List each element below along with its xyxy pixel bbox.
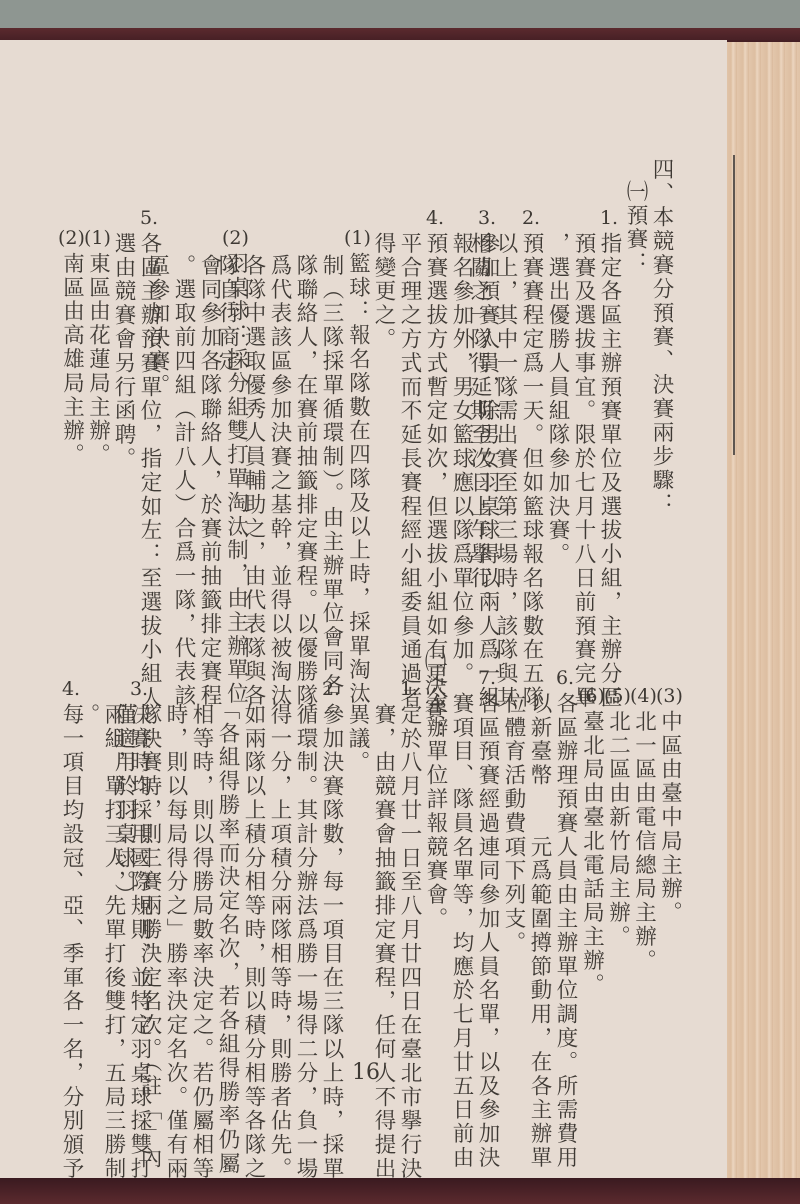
item-number: (2)	[222, 225, 249, 252]
text-column: 得變更之。	[370, 232, 397, 352]
text-column: 6.各區辦理預賽人員由主辦單位調度。所需費用	[552, 665, 579, 1170]
text-column: 兩組，單打三人，先單打後雙打，五局三勝制	[100, 703, 127, 1181]
text-column: 2.參加決賽隊數，每一項目在三隊以上時，採單	[318, 676, 345, 1181]
book-cover-bottom-edge	[0, 1178, 800, 1204]
text-column: 4.預賽選拔方式暫定如次，但選拔小組如有更公	[422, 205, 449, 710]
heading-preliminary: ㈠預賽：	[622, 180, 649, 276]
text-column: 循環制。其計分辦法爲勝一場得二分，負一場	[292, 703, 319, 1181]
text-column: 如兩隊以上積分相等時，則以積分相等各隊之	[240, 703, 267, 1181]
text-column: 相等時，則以得勝局數率決定之。若仍屬相等	[188, 703, 215, 1181]
item-number: 7.	[478, 665, 496, 692]
item-number: 6.	[556, 665, 574, 692]
page-number: 16	[352, 1060, 380, 1085]
item-number: 3.	[478, 205, 496, 232]
text-column: 選由競賽會另行函聘。	[110, 232, 137, 471]
text-column: (1)籃球：報名隊數在四隊及以上時，採單淘汰	[344, 225, 371, 706]
text-column: 1.指定各區主辦預賽單位及選拔小組，主辦分區	[596, 205, 623, 710]
text-column: (4)北一區由電信總局主辦。	[630, 683, 657, 973]
item-number: 4.	[426, 205, 444, 232]
text-column: (2)羽桌球：採分組雙打單淘汰制，由主辦單位	[222, 225, 249, 706]
text-column: 異議。	[344, 703, 371, 775]
item-number: 4.	[62, 676, 80, 703]
text-column: 爲代表該區參加決賽之基幹，並得以被淘汰	[266, 254, 293, 708]
text-column: 賽項目、隊員名單等，均應於七月廿五日前由	[448, 692, 475, 1170]
text-column: (6)臺北局由臺北電話局主辦。	[578, 683, 605, 997]
text-column: 「各組得勝率而決定名次，若各組得勝率仍屬	[214, 698, 241, 1176]
item-number: 2.	[522, 205, 540, 232]
text-column: 以新臺幣 元爲範圍撙節動用，在各主辦單	[526, 692, 553, 1170]
text-column: (1)東區由花蓮局主辦。	[84, 225, 111, 467]
text-column: 位體育活動費項下列支。	[500, 692, 527, 955]
text-column: 報名參加外，男女籃球應以隊爲單位參加。	[448, 232, 475, 686]
text-column: 時，則以每局得分之」勝率決定名次。僅有兩	[162, 703, 189, 1181]
item-number: 5.	[140, 205, 158, 232]
text-column: 平合理之方式而不延長賽程經小組委員通過者	[396, 232, 423, 710]
text-column: 1.定於八月廿一日至八月廿四日在臺北市擧行決	[396, 676, 423, 1181]
text-column: 會同參加各隊聯絡人，於賽前抽籤排定賽程	[196, 254, 223, 708]
text-column: 4.每一項目均設冠、亞、季軍各一名，分別頒予	[58, 676, 85, 1181]
text-column: 5.各區主辦預賽單位，指定如左：至選拔小組人	[136, 205, 163, 710]
text-column: 3.決賽時均採用國際規則，並特定羽桌球採雙打	[126, 676, 153, 1181]
item-number: 3.	[130, 676, 148, 703]
heading-finals: ㈡決賽：	[420, 650, 447, 746]
page-edge-shadow	[733, 155, 735, 455]
text-column: 賽，由競賽會抽籤排定賽程，任何人不得提出	[370, 703, 397, 1181]
text-column: 2.預賽賽程定爲一天。但如籃球報名隊數在五隊	[518, 205, 545, 710]
text-column: (2)南區由高雄局主辦。	[58, 225, 85, 467]
text-column: 預賽及選拔事宜。限於七月十八日前預賽完畢	[570, 232, 597, 710]
text-column: 隊聯絡人，在賽前抽籤排定賽程。以優勝隊	[292, 254, 319, 708]
text-column: 得一分，上項積分兩隊相等時，則勝者佔先。	[266, 703, 293, 1181]
text-column: (5)北二區由新竹局主辦。	[604, 683, 631, 949]
text-column: 3.參加預賽人員，除男女羽桌球得以兩人爲一組	[474, 205, 501, 710]
item-number: 1.	[600, 205, 618, 232]
item-number: 2.	[322, 676, 340, 703]
item-number: 1.	[400, 676, 418, 703]
section-title: 四、本競賽分預賽、決賽兩步驟：	[648, 158, 675, 517]
text-column: ，選出優勝人員組隊參加決賽。	[544, 232, 571, 567]
page-stack-edge	[725, 42, 800, 1178]
text-column: 7.各區預賽經過連同參加人員名單，以及參加決	[474, 665, 501, 1170]
text-column: 制（三隊採單循環制）。由主辦單位會同各	[318, 254, 345, 697]
text-column: (3)中區由臺中局主辦。	[656, 683, 683, 925]
item-number: (1)	[344, 225, 371, 252]
text-column: 。選取前四組（計八人）合爲一隊，代表該	[170, 254, 197, 708]
